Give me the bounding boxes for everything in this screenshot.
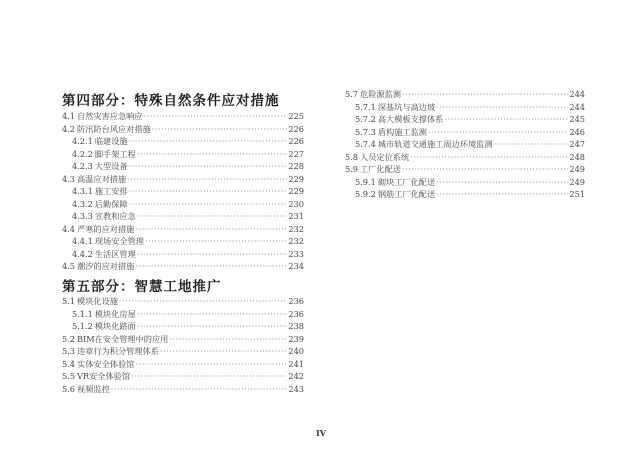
toc-entry-number: 4.4.1	[72, 235, 93, 248]
toc-entry[interactable]: 4.2.1临建设施226	[62, 135, 304, 148]
toc-entry-title: 生活区管理	[95, 248, 136, 261]
toc-entry-title: 钢筋工厂化配送	[378, 188, 435, 201]
toc-entry-title: 工厂化配送	[360, 163, 401, 176]
part5-toc: 5.1模块化设施2365.1.1模块化房屋2365.1.2模块化路面2385.2…	[62, 295, 304, 395]
toc-entry[interactable]: 5.6视频监控243	[62, 383, 304, 396]
toc-entry-title: 严寒的应对措施	[77, 223, 134, 236]
toc-entry-number: 4.4	[62, 223, 75, 236]
toc-entry-number: 4.3.3	[72, 210, 93, 223]
toc-entry[interactable]: 4.5潮汐的应对措施234	[62, 260, 304, 273]
toc-entry-number: 4.3	[62, 173, 75, 186]
toc-entry[interactable]: 4.4.2生活区管理233	[62, 248, 304, 261]
toc-leader-dots	[129, 185, 288, 198]
toc-leader-dots	[129, 160, 288, 173]
toc-entry-page: 225	[288, 110, 304, 123]
toc-entry-number: 5.4	[62, 358, 75, 371]
toc-entry-page: 232	[288, 223, 304, 236]
toc-leader-dots	[152, 123, 288, 136]
toc-entry[interactable]: 5.7.3盾构施工监测246	[345, 126, 585, 139]
toc-entry-number: 4.2.3	[72, 160, 93, 173]
toc-entry-title: 高大模板支撑体系	[378, 113, 444, 126]
toc-entry-page: 248	[569, 151, 585, 164]
toc-entry-number: 4.3.1	[72, 185, 93, 198]
toc-entry-page: 239	[288, 333, 304, 346]
toc-entry-page: 249	[569, 176, 585, 189]
toc-entry-number: 4.2	[62, 123, 75, 136]
toc-entry-page: 231	[288, 210, 304, 223]
toc-entry[interactable]: 5.9.1砌块工厂化配送249	[345, 176, 585, 189]
toc-entry-page: 251	[569, 188, 585, 201]
toc-leader-dots	[402, 163, 568, 176]
toc-entry-title: 大型设备	[95, 160, 128, 173]
toc-leader-dots	[131, 370, 287, 383]
toc-entry[interactable]: 4.3.1施工安排229	[62, 185, 304, 198]
toc-entry-number: 5.7.1	[355, 101, 376, 114]
toc-entry-title: BIM在安全管理中的应用	[77, 333, 168, 346]
part5-toc-continued: 5.7危险源监测2445.7.1深基坑与高边坡2445.7.2高大模板支撑体系2…	[345, 88, 585, 201]
toc-leader-dots	[137, 248, 288, 261]
toc-entry[interactable]: 5.7.4城市轨道交通施工周边环境监测247	[345, 138, 585, 151]
toc-leader-dots	[444, 113, 568, 126]
toc-entry-page: 234	[288, 260, 304, 273]
toc-entry[interactable]: 4.3.3宣教和应急231	[62, 210, 304, 223]
toc-entry-number: 4.4.2	[72, 248, 93, 261]
toc-leader-dots	[410, 151, 568, 164]
toc-entry-number: 4.2.2	[72, 148, 93, 161]
toc-entry-number: 4.2.1	[72, 135, 93, 148]
toc-entry-title: 宣教和应急	[95, 210, 136, 223]
toc-entry-page: 243	[288, 383, 304, 396]
toc-entry-page: 240	[288, 345, 304, 358]
toc-leader-dots	[137, 308, 288, 321]
part4-toc: 4.1自然灾害应急响应2254.2防汛防台风应对措施2264.2.1临建设施22…	[62, 110, 304, 273]
toc-leader-dots	[436, 101, 568, 114]
toc-entry-page: 236	[288, 308, 304, 321]
toc-entry[interactable]: 5.7危险源监测244	[345, 88, 585, 101]
toc-entry-number: 4.1	[62, 110, 75, 123]
toc-entry-number: 5.1.1	[72, 308, 93, 321]
toc-entry-number: 5.2	[62, 333, 75, 346]
toc-entry[interactable]: 4.4严寒的应对措施232	[62, 223, 304, 236]
toc-entry-title: 防汛防台风应对措施	[77, 123, 151, 136]
toc-entry-page: 232	[288, 235, 304, 248]
toc-entry[interactable]: 5.4实体安全体验馆241	[62, 358, 304, 371]
toc-entry[interactable]: 4.1自然灾害应急响应225	[62, 110, 304, 123]
toc-entry[interactable]: 5.8人员定位系统248	[345, 151, 585, 164]
toc-entry[interactable]: 5.1模块化设施236	[62, 295, 304, 308]
toc-entry-title: 盾构施工监测	[378, 126, 427, 139]
page-number: IV	[316, 428, 326, 438]
toc-entry[interactable]: 5.1.2模块化路面238	[62, 320, 304, 333]
toc-entry-number: 4.5	[62, 260, 75, 273]
toc-entry-page: 246	[569, 126, 585, 139]
toc-entry-page: 233	[288, 248, 304, 261]
toc-leader-dots	[137, 210, 288, 223]
toc-leader-dots	[111, 383, 288, 396]
toc-leader-dots	[169, 333, 287, 346]
toc-leader-dots	[137, 320, 288, 333]
toc-entry-page: 230	[288, 198, 304, 211]
toc-entry-number: 5.9.2	[355, 188, 376, 201]
toc-entry[interactable]: 5.2BIM在安全管理中的应用239	[62, 333, 304, 346]
toc-entry-number: 4.3.2	[72, 198, 93, 211]
toc-leader-dots	[129, 198, 288, 211]
toc-entry-page: 226	[288, 135, 304, 148]
toc-entry-title: 模块化房屋	[95, 308, 136, 321]
toc-entry-title: 高温应对措施	[77, 173, 126, 186]
toc-entry-title: 后勤保障	[95, 198, 128, 211]
toc-entry-number: 5.7.3	[355, 126, 376, 139]
toc-entry[interactable]: 5.1.1模块化房屋236	[62, 308, 304, 321]
toc-entry-title: 实体安全体验馆	[77, 358, 134, 371]
toc-leader-dots	[428, 126, 568, 139]
toc-entry-title: 自然灾害应急响应	[77, 110, 143, 123]
toc-entry[interactable]: 5.7.2高大模板支撑体系245	[345, 113, 585, 126]
toc-entry-number: 5.1	[62, 295, 75, 308]
toc-leader-dots	[160, 345, 287, 358]
part4-heading: 第四部分：特殊自然条件应对措施	[62, 89, 280, 109]
toc-entry-number: 5.7.2	[355, 113, 376, 126]
toc-leader-dots	[135, 260, 287, 273]
toc-entry-number: 5.9.1	[355, 176, 376, 189]
toc-entry-page: 249	[569, 163, 585, 176]
toc-entry-title: 模块化路面	[95, 320, 136, 333]
toc-entry[interactable]: 4.3高温应对措施229	[62, 173, 304, 186]
toc-entry-title: 现场安全管理	[95, 235, 144, 248]
toc-leader-dots	[135, 358, 287, 371]
toc-entry-number: 5.5	[62, 370, 75, 383]
toc-entry-page: 227	[288, 148, 304, 161]
toc-entry[interactable]: 5.3违章行为积分管理体系240	[62, 345, 304, 358]
toc-entry-title: 施工安排	[95, 185, 128, 198]
toc-entry-number: 5.9	[345, 163, 358, 176]
toc-entry-page: 228	[288, 160, 304, 173]
toc-entry-number: 5.7	[345, 88, 358, 101]
toc-entry[interactable]: 4.2.3大型设备228	[62, 160, 304, 173]
toc-entry-title: 人员定位系统	[360, 151, 409, 164]
toc-entry[interactable]: 4.3.2后勤保障230	[62, 198, 304, 211]
toc-entry-page: 247	[569, 138, 585, 151]
toc-entry-page: 241	[288, 358, 304, 371]
toc-entry-title: 违章行为积分管理体系	[77, 345, 159, 358]
toc-leader-dots	[144, 110, 288, 123]
toc-entry-number: 5.8	[345, 151, 358, 164]
toc-entry-page: 244	[569, 101, 585, 114]
toc-entry[interactable]: 5.5VR安全体验馆242	[62, 370, 304, 383]
toc-entry-title: 模块化设施	[77, 295, 118, 308]
toc-entry[interactable]: 4.2.2脚手架工程227	[62, 148, 304, 161]
toc-entry-title: 危险源监测	[360, 88, 401, 101]
toc-entry-page: 229	[288, 173, 304, 186]
toc-entry-number: 5.7.4	[355, 138, 376, 151]
toc-entry[interactable]: 4.2防汛防台风应对措施226	[62, 123, 304, 136]
part5-heading: 第五部分：智慧工地推广	[62, 275, 222, 295]
toc-leader-dots	[436, 188, 568, 201]
toc-entry-page: 229	[288, 185, 304, 198]
toc-entry-title: 脚手架工程	[95, 148, 136, 161]
toc-leader-dots	[129, 135, 288, 148]
toc-entry-title: 视频监控	[77, 383, 110, 396]
toc-leader-dots	[402, 88, 568, 101]
toc-leader-dots	[127, 173, 287, 186]
toc-entry-title: 潮汐的应对措施	[77, 260, 134, 273]
toc-entry-title: 深基坑与高边坡	[378, 101, 435, 114]
toc-entry-page: 236	[288, 295, 304, 308]
toc-entry[interactable]: 5.7.1深基坑与高边坡244	[345, 101, 585, 114]
toc-leader-dots	[493, 138, 568, 151]
toc-leader-dots	[145, 235, 287, 248]
toc-entry-page: 238	[288, 320, 304, 333]
toc-entry-title: VR安全体验馆	[77, 370, 130, 383]
toc-entry-title: 砌块工厂化配送	[378, 176, 435, 189]
toc-entry-title: 城市轨道交通施工周边环境监测	[378, 138, 493, 151]
toc-leader-dots	[137, 148, 288, 161]
toc-entry[interactable]: 5.9工厂化配送249	[345, 163, 585, 176]
toc-entry-page: 226	[288, 123, 304, 136]
toc-leader-dots	[119, 295, 287, 308]
toc-entry-number: 5.3	[62, 345, 75, 358]
toc-entry-number: 5.6	[62, 383, 75, 396]
toc-entry-title: 临建设施	[95, 135, 128, 148]
toc-entry[interactable]: 4.4.1现场安全管理232	[62, 235, 304, 248]
toc-entry-number: 5.1.2	[72, 320, 93, 333]
toc-entry-page: 244	[569, 88, 585, 101]
toc-entry-page: 242	[288, 370, 304, 383]
toc-leader-dots	[436, 176, 568, 189]
toc-entry[interactable]: 5.9.2钢筋工厂化配送251	[345, 188, 585, 201]
toc-leader-dots	[135, 223, 287, 236]
toc-entry-page: 245	[569, 113, 585, 126]
